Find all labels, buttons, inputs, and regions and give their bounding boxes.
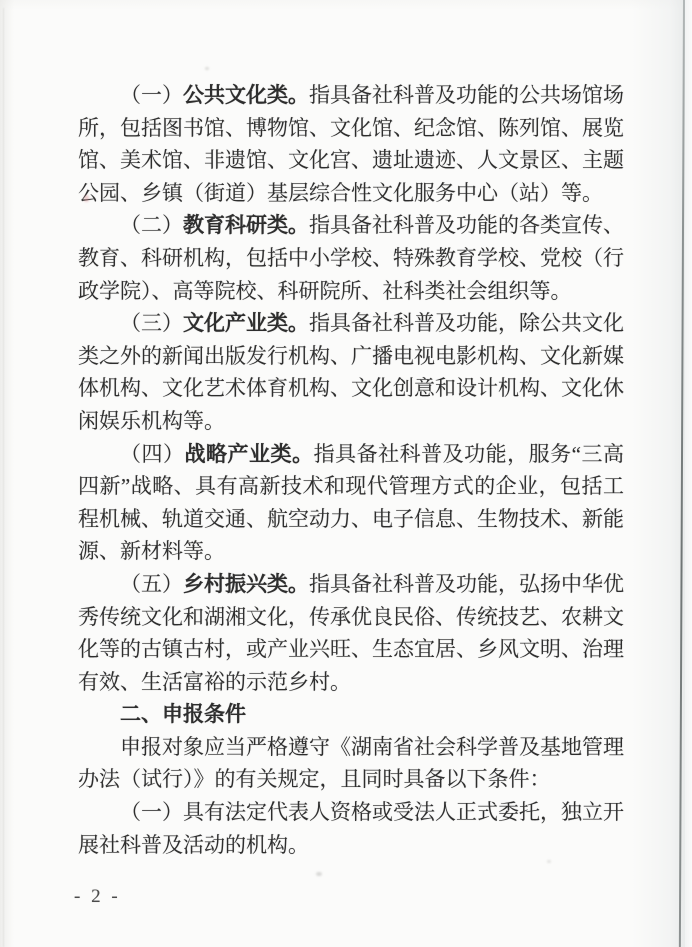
category-4-number: （四） xyxy=(120,442,185,466)
category-4-name: 战略产业类。 xyxy=(185,442,314,466)
category-3-number: （三） xyxy=(120,311,183,335)
category-3-name: 文化产业类。 xyxy=(183,311,309,335)
scan-speck xyxy=(316,872,322,876)
document-body: （一）公共文化类。指具备社科普及功能的公共场馆场所，包括图书馆、博物馆、文化馆、… xyxy=(78,79,624,861)
scan-speck xyxy=(205,67,209,70)
paragraph-condition-1: （一）具有法定代表人资格或受法人正式委托，独立开展社科普及活动的机构。 xyxy=(78,796,624,861)
section-heading: 二、申报条件 xyxy=(78,698,624,731)
paragraph-conditions-intro: 申报对象应当严格遵守《湖南省社会科学普及基地管理办法（试行）》的有关规定，且同时… xyxy=(78,731,624,796)
scan-edge-right-margin xyxy=(685,0,692,947)
paragraph-category-3: （三）文化产业类。指具备社科普及功能，除公共文化类之外的新闻出版发行机构、广播电… xyxy=(78,307,624,437)
paragraph-category-1: （一）公共文化类。指具备社科普及功能的公共场馆场所，包括图书馆、博物馆、文化馆、… xyxy=(78,79,624,209)
paragraph-category-2: （二）教育科研类。指具备社科普及功能的各类宣传、教育、科研机构，包括中小学校、特… xyxy=(78,209,624,307)
category-2-name: 教育科研类。 xyxy=(183,213,309,237)
category-5-number: （五） xyxy=(120,572,183,596)
paragraph-category-4: （四）战略产业类。指具备社科普及功能，服务“三高四新”战略、具有高新技术和现代管… xyxy=(78,438,624,568)
scanned-document-page: （一）公共文化类。指具备社科普及功能的公共场馆场所，包括图书馆、博物馆、文化馆、… xyxy=(0,0,692,947)
paragraph-category-5: （五）乡村振兴类。指具备社科普及功能，弘扬中华优秀传统文化和湖湘文化，传承优良民… xyxy=(78,568,624,698)
category-2-number: （二） xyxy=(120,213,183,237)
category-5-name: 乡村振兴类。 xyxy=(183,572,309,596)
category-1-number: （一） xyxy=(120,83,183,107)
scan-edge-left-line xyxy=(3,8,4,947)
category-1-name: 公共文化类。 xyxy=(183,83,309,107)
page-number: - 2 - xyxy=(74,886,121,908)
